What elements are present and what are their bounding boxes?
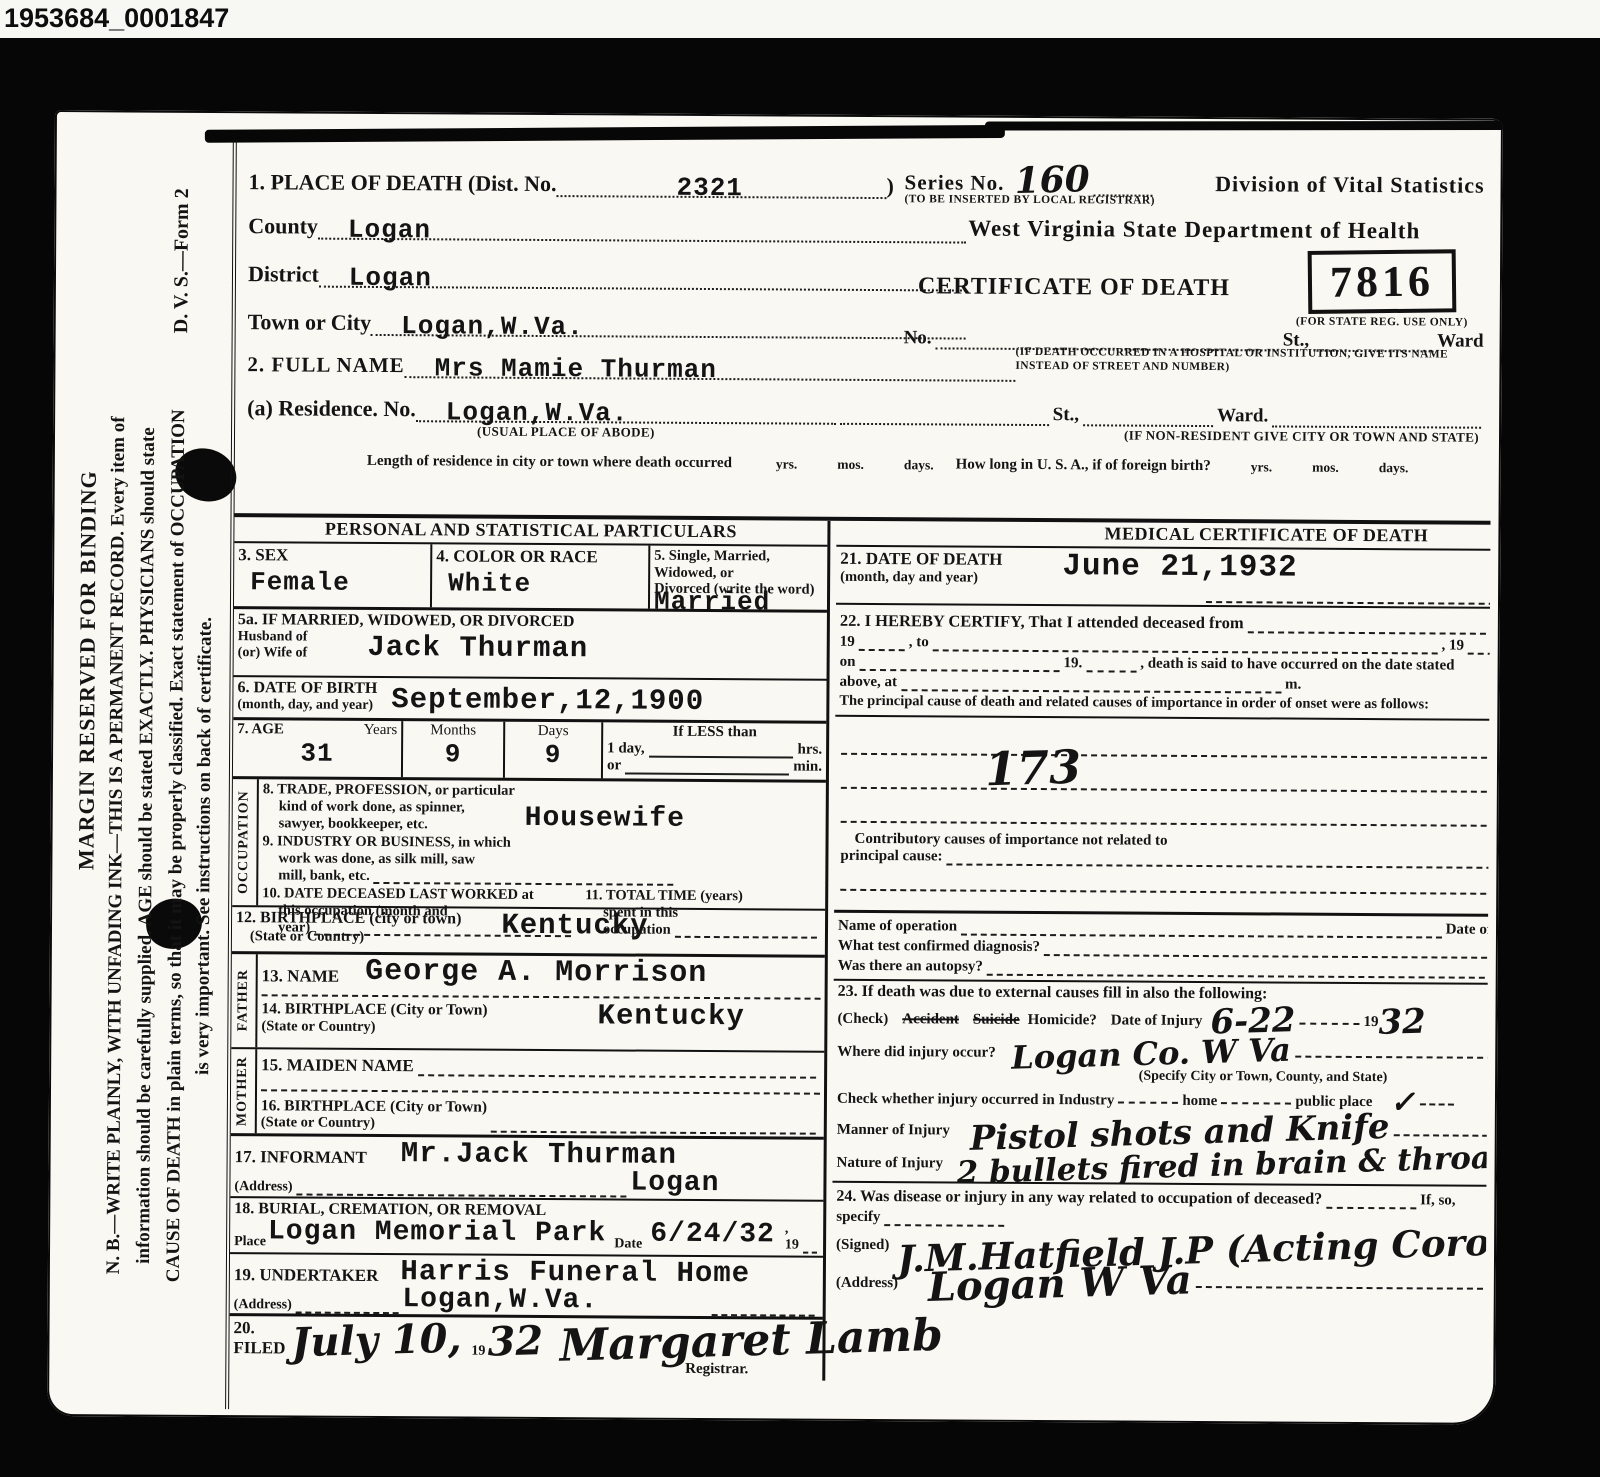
age-less-cell: If LESS than 1 day,hrs. ormin. — [603, 723, 826, 780]
registration-number: 7816 — [1308, 250, 1457, 315]
homicide-label: Homicide? — [1028, 1012, 1097, 1029]
personal-section-title: PERSONAL AND STATISTICAL PARTICULARS — [234, 517, 827, 547]
min-label: min. — [793, 759, 822, 776]
occupation-vertical-strip: OCCUPATION — [232, 779, 259, 905]
filed-block: 20. FILED July 10, 19 32 Margaret Lamb R… — [229, 1316, 822, 1381]
margin-note-line2: information should be carefully supplied… — [133, 427, 160, 1264]
trade-label-line2: kind of work done, as spinner, — [263, 798, 515, 816]
margin-note-line4: is very important. See instructions on b… — [192, 617, 217, 1075]
color-cell: 4. COLOR OR RACE White — [432, 544, 650, 608]
totaltime-label-line1: 11. TOTAL TIME (years) — [585, 888, 821, 906]
certificate-paper: D. V. S.—Form 2 MARGIN RESERVED FOR BIND… — [47, 110, 1503, 1425]
mother-maiden-label: 15. MAIDEN NAME — [261, 1055, 414, 1076]
age-days-label: Days — [538, 723, 569, 740]
signed-label: (Signed) — [836, 1237, 889, 1254]
nature-of-injury-label: Nature of Injury — [837, 1154, 943, 1172]
dob-block: 6. DATE OF BIRTH (month, day, and year) … — [233, 677, 826, 724]
age-days-value: 9 — [509, 742, 597, 769]
county-label: County — [248, 213, 318, 239]
father-block: FATHER 13. NAME George A. Morrison 14. B… — [231, 954, 825, 1052]
undertaker-address-label: (Address) — [234, 1297, 292, 1313]
cause-lines: 173 Contributory causes of importance no… — [834, 717, 1490, 914]
ifso-label: If, so, — [1420, 1192, 1456, 1209]
autopsy-label: Was there an autopsy? — [838, 958, 983, 976]
burial-date-label: Date — [614, 1236, 642, 1252]
margin-binding-notice: MARGIN RESERVED FOR BINDING — [73, 470, 101, 870]
father-bp-value: Kentucky — [597, 1002, 744, 1032]
check-whether-label: Check whether injury occurred in Industr… — [837, 1090, 1114, 1109]
filed-label: 20. FILED — [233, 1318, 285, 1358]
birthplace-sub-label: (State or Country) — [236, 928, 461, 946]
operation-date-label: Date of — [1446, 922, 1491, 939]
external-causes-block: 23. If death was due to external causes … — [832, 981, 1490, 1188]
burial-place-label: Place — [234, 1234, 266, 1250]
age-label: 7. AGE — [237, 721, 284, 738]
header-right: Series No. 160 Division of Vital Statist… — [904, 163, 1485, 353]
full-name-value: Mrs Mamie Thurman — [435, 355, 717, 383]
injury-year-prefix: 19 — [1363, 1014, 1378, 1031]
contributory-label-line2: principal cause: — [840, 848, 942, 866]
suicide-label: Suicide — [973, 1012, 1020, 1029]
accident-label: Accident — [902, 1011, 959, 1028]
father-vertical-label: FATHER — [235, 969, 251, 1031]
color-label: 4. COLOR OR RACE — [436, 546, 644, 567]
informant-address-label: (Address) — [234, 1179, 292, 1195]
certificate-title: CERTIFICATE OF DEATH — [918, 273, 1230, 302]
husband-of-label: Husband of — [238, 629, 308, 645]
mos2-label: mos. — [1312, 460, 1339, 476]
dob-label: 6. DATE OF BIRTH — [237, 679, 377, 698]
columns-section: PERSONAL AND STATISTICAL PARTICULARS 3. … — [229, 517, 1490, 1385]
residence-length-row: Length of residence in city or town wher… — [247, 452, 1485, 477]
filed-date-value: July 10, — [291, 1321, 462, 1362]
scan-header-strip: 1953684_0001847 — [0, 0, 1600, 38]
place-of-death-label: 1. PLACE OF DEATH (Dist. No. — [248, 169, 556, 197]
header-left: 1. PLACE OF DEATH (Dist. No. 2321 ) Coun… — [248, 167, 967, 339]
public-place-checkmark: ✓ — [1390, 1089, 1416, 1117]
age-months-label: Months — [430, 723, 476, 740]
industry-label-line3: mill, bank, etc. — [262, 867, 370, 884]
injury-date-label: Date of Injury — [1111, 1012, 1203, 1030]
signed-address-label: (Address) — [836, 1275, 898, 1292]
burial-year-prefix: , 19 — [785, 1221, 799, 1253]
injury-year-value: 32 — [1378, 1007, 1426, 1039]
scan-file-id: 1953684_0001847 — [0, 0, 1600, 36]
state-reg-caption: (FOR STATE REG. USE ONLY) — [1296, 316, 1468, 329]
dob-value: September,12,1900 — [391, 685, 704, 716]
mother-bp-label: 16. BIRTHPLACE (City or Town) — [261, 1097, 487, 1116]
residence-label: (a) Residence. No. — [247, 395, 416, 422]
hrs-label: hrs. — [797, 742, 822, 759]
check-label: (Check) — [837, 1011, 888, 1028]
where-injury-label: Where did injury occur? — [837, 1043, 996, 1061]
wife-of-label: (or) Wife of — [238, 645, 308, 661]
dod-sub-label: (month, day and year) — [840, 568, 1002, 586]
signed-address-value: Logan W Va — [928, 1263, 1193, 1307]
age-days-cell: Days 9 — [505, 722, 603, 779]
age-less-line2: 1 day, — [607, 741, 645, 758]
age-years-label: Years — [364, 722, 398, 739]
undertaker-address-value: Logan,W.Va. — [402, 1286, 598, 1315]
specify-label: specify — [836, 1209, 880, 1226]
yrs2-label: yrs. — [1251, 459, 1272, 475]
sex-cell: 3. SEX Female — [234, 543, 432, 607]
certify-block: 22. I HEREBY CERTIFY, That I attended de… — [835, 605, 1490, 722]
header-section: 1. PLACE OF DEATH (Dist. No. 2321 ) Coun… — [235, 139, 1493, 525]
age-less-line1: If LESS than — [607, 724, 822, 742]
test-label: What test confirmed diagnosis? — [838, 938, 1040, 956]
full-name-row: 2. FULL NAME Mrs Mamie Thurman (IF DEATH… — [247, 349, 1485, 385]
where-injury-value: Logan Co. W Va — [1011, 1036, 1291, 1073]
trade-label-line3: sawyer, bookkeeper, etc. — [263, 815, 515, 833]
spouse-value: Jack Thurman — [367, 633, 588, 663]
birthplace-value: Kentucky — [501, 911, 648, 941]
mother-bp-sub-label: (State or Country) — [261, 1115, 487, 1133]
manner-of-injury-label: Manner of Injury — [837, 1122, 950, 1140]
certify-on-label: on — [840, 654, 856, 671]
mother-vertical-strip: MOTHER — [231, 1049, 258, 1134]
age-months-cell: Months 9 — [403, 721, 505, 778]
informant-label: 17. INFORMANT — [235, 1147, 367, 1168]
marital-cell: 5. Single, Married, Widowed, or Divorced… — [650, 546, 827, 610]
lastworked-label-line1: 10. DATE DECEASED LAST WORKED at — [262, 886, 575, 905]
hospital-st-label: St., — [1283, 330, 1310, 352]
series-no-label: Series No. — [904, 171, 1004, 197]
cause-of-death-table: 173 Contributory causes of importance no… — [834, 717, 1490, 918]
occupation-vertical-label: OCCUPATION — [236, 791, 253, 895]
district-value: Logan — [349, 265, 432, 292]
cause-value: 173 — [984, 747, 1081, 791]
full-name-label: 2. FULL NAME — [247, 352, 404, 378]
place-of-death-close-paren: ) — [886, 173, 893, 199]
trade-value: Housewife — [525, 805, 685, 834]
burial-date-value: 6/24/32 — [650, 1221, 775, 1250]
district-label: District — [248, 261, 319, 287]
father-name-label: 13. NAME — [262, 966, 340, 986]
nonresident-caption: (IF NON-RESIDENT GIVE CITY OR TOWN AND S… — [1124, 428, 1479, 446]
occupation-block: OCCUPATION 8. TRADE, PROFESSION, or part… — [232, 779, 826, 911]
mother-vertical-label: MOTHER — [235, 1056, 251, 1126]
medical-column: MEDICAL CERTIFICATE OF DEATH 21. DATE OF… — [825, 521, 1490, 1385]
department-title: West Virginia State Department of Health — [904, 216, 1484, 246]
district-number-value: 2321 — [676, 175, 743, 201]
residence-ward-label: Ward. — [1217, 405, 1268, 427]
residence-value: Logan,W.Va. — [446, 399, 629, 426]
certify-above-at-label: above, at — [839, 674, 897, 691]
age-years-cell: 7. AGEYears 31 — [233, 720, 403, 777]
town-label: Town or City — [248, 309, 372, 336]
color-value: White — [448, 570, 644, 597]
filed-year-prefix: 19 — [471, 1344, 485, 1360]
marital-label-line1: 5. Single, Married, Widowed, or — [654, 548, 823, 582]
margin-note-line1: N. B.—WRITE PLAINLY, WITH UNFADING INK—T… — [103, 416, 130, 1274]
dod-label: 21. DATE OF DEATH — [840, 549, 1002, 570]
series-no-value: 160 — [1014, 163, 1090, 198]
sex-color-marital-row: 3. SEX Female 4. COLOR OR RACE White 5. … — [234, 543, 827, 613]
age-row: 7. AGEYears 31 Months 9 Days 9 If LESS t… — [233, 720, 826, 783]
hospital-ward-label: Ward — [1437, 331, 1484, 353]
certify-to-label: , to — [909, 634, 929, 651]
scanned-death-certificate: { "page": { "scan_id": "1953684_0001847"… — [0, 0, 1600, 1477]
mother-block: MOTHER 15. MAIDEN NAME 16. BIRTHPLACE (C… — [231, 1049, 825, 1140]
sex-value: Female — [250, 569, 426, 596]
certify-yr-b: , 19 — [1441, 638, 1464, 655]
age-months-value: 9 — [407, 741, 499, 768]
sex-label: 3. SEX — [238, 545, 426, 566]
birthplace-block: 12. BIRTHPLACE (city or town) (State or … — [232, 907, 825, 957]
informant-address-value: Logan — [630, 1170, 719, 1199]
days-label: days. — [904, 457, 934, 473]
burial-place-value: Logan Memorial Park — [268, 1218, 606, 1248]
filed-year-value: 32 — [487, 1323, 544, 1361]
certify-yr-c: 19. — [1063, 655, 1082, 672]
division-title: Division of Vital Statistics — [1215, 171, 1485, 199]
father-name-value: George A. Morrison — [365, 957, 707, 989]
burial-block: 18. BURIAL, CREMATION, OR REMOVAL Place … — [230, 1198, 823, 1258]
field5a-label: 5a. IF MARRIED, WIDOWED, OR DIVORCED — [238, 611, 823, 633]
or-label: or — [607, 758, 621, 775]
spouse-block: 5a. IF MARRIED, WIDOWED, OR DIVORCED Hus… — [234, 609, 827, 680]
us-length-label: How long in U. S. A., if of foreign birt… — [956, 457, 1211, 476]
operation-label: Name of operation — [838, 918, 957, 936]
county-value: Logan — [348, 217, 431, 244]
town-value: Logan,W.Va. — [401, 313, 584, 340]
certify-death-said-label: , death is said to have occurred on the … — [1140, 656, 1454, 675]
yrs-label: yrs. — [776, 456, 797, 472]
personal-column: PERSONAL AND STATISTICAL PARTICULARS 3. … — [229, 517, 830, 1381]
margin-note-line3: CAUSE OF DEATH in plain terms, so that i… — [163, 409, 190, 1282]
certificate-form: 1. PLACE OF DEATH (Dist. No. 2321 ) Coun… — [225, 139, 1493, 1417]
principal-cause-label: The principal cause of death and related… — [839, 693, 1490, 715]
length-label: Length of residence in city or town wher… — [367, 453, 732, 472]
mos-label: mos. — [837, 457, 864, 473]
dod-value: June 21,1932 — [1062, 551, 1297, 583]
informant-block: 17. INFORMANT Mr.Jack Thurman (Address) … — [230, 1136, 823, 1202]
certify-label: 22. I HEREBY CERTIFY, That I attended de… — [840, 611, 1244, 633]
residence-st-label: St., — [1053, 404, 1080, 426]
operation-block: Name of operationDate of What test confi… — [834, 913, 1491, 986]
hospital-no-label: No. — [904, 328, 932, 350]
age-years-value: 31 — [237, 740, 397, 767]
undertaker-label: 19. UNDERTAKER — [234, 1265, 379, 1286]
margin-form-number: D. V. S.—Form 2 — [170, 188, 194, 333]
trade-label-line1: 8. TRADE, PROFESSION, or particular — [263, 782, 515, 800]
dob-sub-label: (month, day, and year) — [237, 697, 377, 714]
father-bp-label: 14. BIRTHPLACE (City or Town) — [261, 1000, 487, 1019]
informant-value: Mr.Jack Thurman — [401, 1139, 677, 1170]
certify-m-label: m. — [1285, 677, 1301, 694]
home-label: home — [1182, 1093, 1217, 1110]
date-of-death-block: 21. DATE OF DEATH (month, day and year) … — [836, 547, 1491, 610]
related-label: 24. Was disease or injury in any way rel… — [836, 1188, 1322, 1209]
father-vertical-strip: FATHER — [231, 954, 258, 1047]
undertaker-block: 19. UNDERTAKER Harris Funeral Home (Addr… — [230, 1254, 823, 1320]
scan-artifact-top2 — [985, 121, 1503, 130]
registrar-signature: Margaret Lamb — [559, 1316, 943, 1367]
birthplace-label: 12. BIRTHPLACE (city or town) — [236, 909, 461, 929]
father-bp-sub-label: (State or Country) — [261, 1018, 487, 1036]
days2-label: days. — [1379, 460, 1409, 476]
certify-yr-a: 19 — [840, 634, 855, 651]
